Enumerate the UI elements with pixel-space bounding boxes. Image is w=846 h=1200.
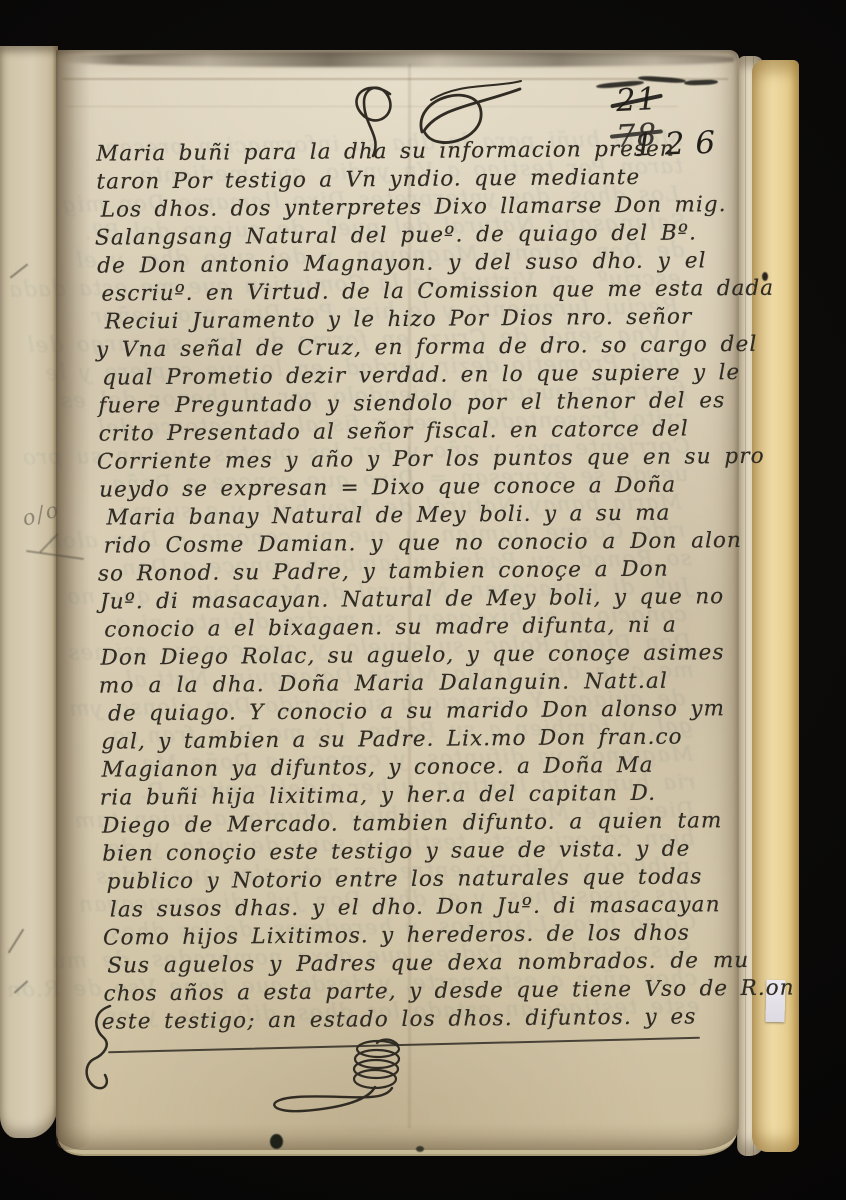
book-photo: 21 78 126 Maria buñi para la dha su info… — [0, 0, 846, 1200]
closing-rubric-icon — [256, 1036, 436, 1122]
crossed-folio-number: 21 — [615, 81, 658, 119]
manuscript-text: Maria buñi para la dha su informacion pr… — [96, 135, 700, 1036]
facing-page-edge — [0, 46, 58, 1138]
soiled-top-edge — [60, 52, 734, 67]
ink-fleck — [10, 263, 29, 278]
ink-blot — [270, 1134, 283, 1149]
ink-fleck — [8, 929, 25, 954]
ink-blot — [416, 1146, 424, 1152]
manuscript-page: 21 78 126 Maria buñi para la dha su info… — [56, 50, 739, 1150]
paragraph-flourish-icon — [82, 1002, 120, 1094]
manuscript-line: este testigo; an estado los dhos. difunt… — [102, 1003, 700, 1036]
pencil-strokes — [22, 536, 92, 576]
